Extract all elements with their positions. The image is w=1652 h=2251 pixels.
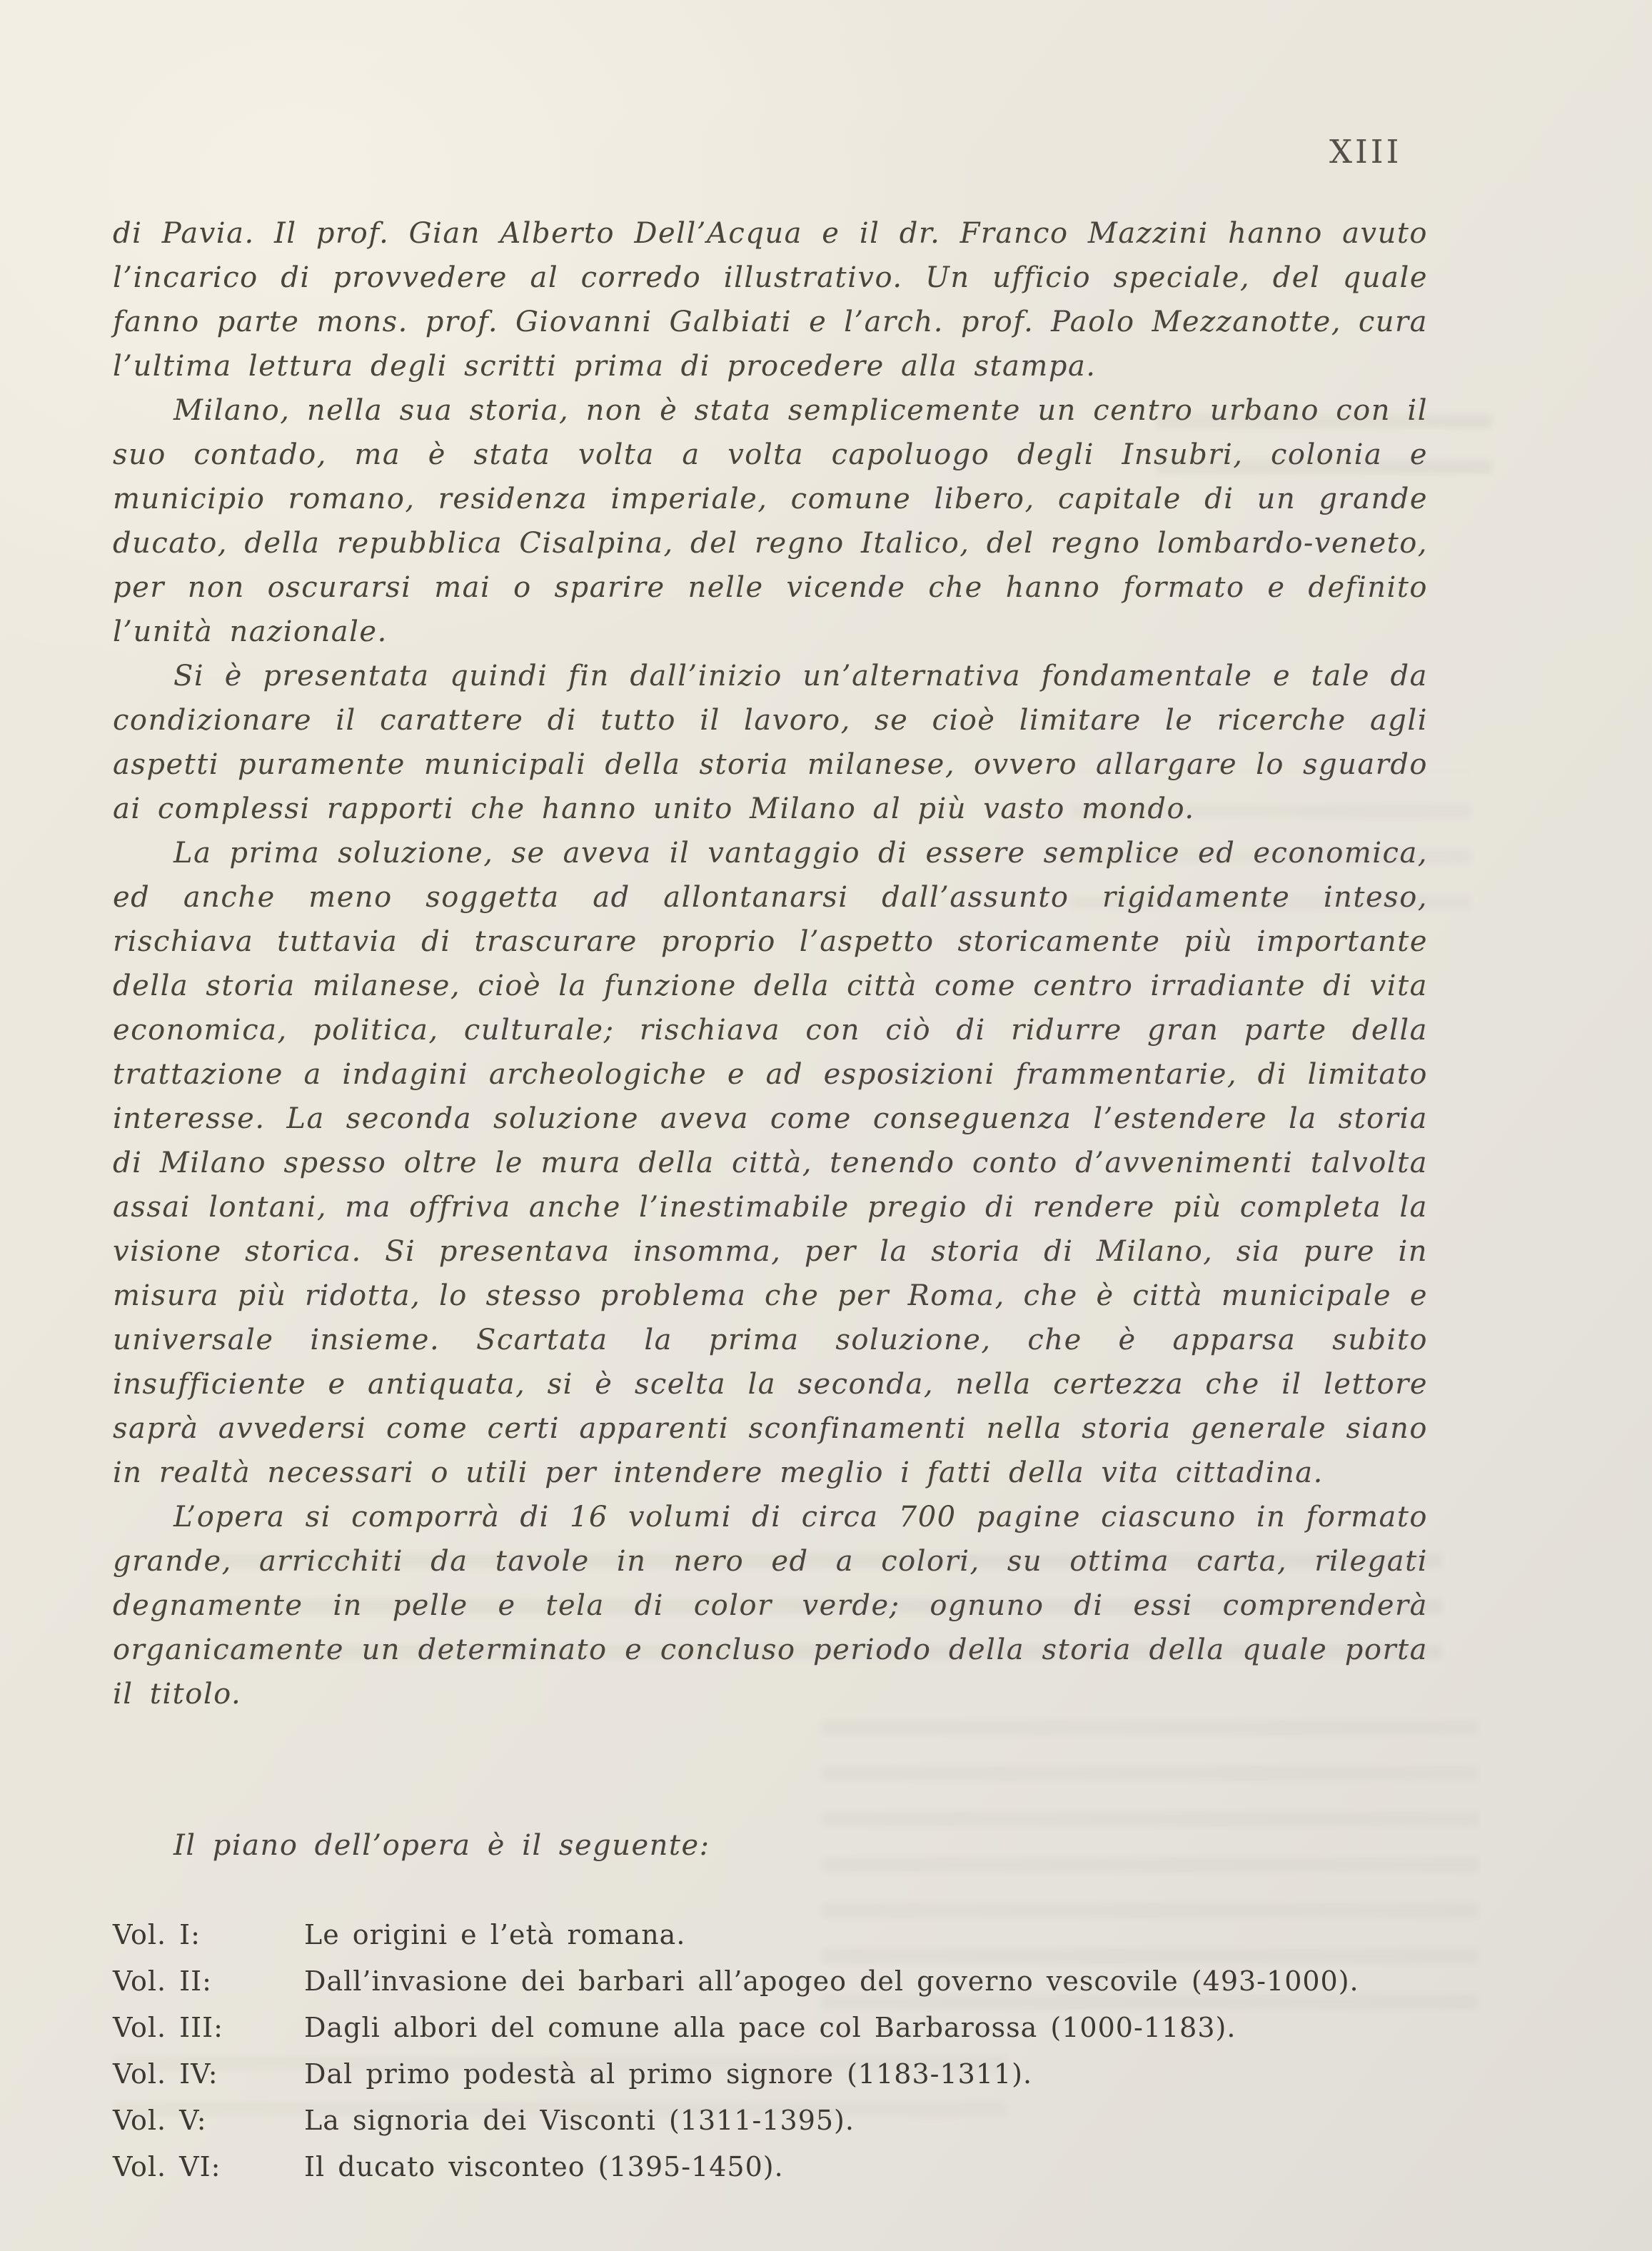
- volume-label: Vol. V:: [113, 2098, 304, 2144]
- volume-row: Vol. II: Dall’invasione dei barbari all’…: [113, 1958, 1428, 2005]
- plan-intro: Il piano dell’opera è il seguente:: [113, 1823, 1428, 1868]
- paragraph: Si è presentata quindi fin dall’inizio u…: [113, 654, 1428, 831]
- volume-label: Vol. III:: [113, 2005, 304, 2051]
- volume-row: Vol. I: Le origini e l’età romana.: [113, 1912, 1428, 1958]
- volume-title: Dagli albori del comune alla pace col Ba…: [304, 2005, 1428, 2051]
- volume-label: Vol. VI:: [113, 2144, 304, 2190]
- page-text-block: di Pavia. Il prof. Gian Alberto Dell’Acq…: [113, 211, 1428, 2190]
- paragraph: L’opera si comporrà di 16 volumi di circ…: [113, 1495, 1428, 1716]
- volume-label: Vol. I:: [113, 1912, 304, 1958]
- volume-row: Vol. III: Dagli albori del comune alla p…: [113, 2005, 1428, 2051]
- volume-list: Vol. I: Le origini e l’età romana. Vol. …: [113, 1912, 1428, 2190]
- paragraph: La prima soluzione, se aveva il vantaggi…: [113, 831, 1428, 1495]
- volume-title: Le origini e l’età romana.: [304, 1912, 1428, 1958]
- volume-title: La signoria dei Visconti (1311-1395).: [304, 2098, 1428, 2144]
- volume-title: Il ducato visconteo (1395-1450).: [304, 2144, 1428, 2190]
- page-number: XIII: [1329, 133, 1401, 171]
- volume-label: Vol. II:: [113, 1958, 304, 2005]
- paragraph-continuation: di Pavia. Il prof. Gian Alberto Dell’Acq…: [113, 211, 1428, 388]
- scanned-book-page: { "page": { "number": "XIII" }, "paragra…: [0, 0, 1652, 2251]
- volume-title: Dal primo podestà al primo signore (1183…: [304, 2051, 1428, 2098]
- paragraph: Milano, nella sua storia, non è stata se…: [113, 388, 1428, 654]
- volume-row: Vol. IV: Dal primo podestà al primo sign…: [113, 2051, 1428, 2098]
- volume-row: Vol. V: La signoria dei Visconti (1311-1…: [113, 2098, 1428, 2144]
- volume-label: Vol. IV:: [113, 2051, 304, 2098]
- volume-row: Vol. VI: Il ducato visconteo (1395-1450)…: [113, 2144, 1428, 2190]
- volume-title: Dall’invasione dei barbari all’apogeo de…: [304, 1958, 1428, 2005]
